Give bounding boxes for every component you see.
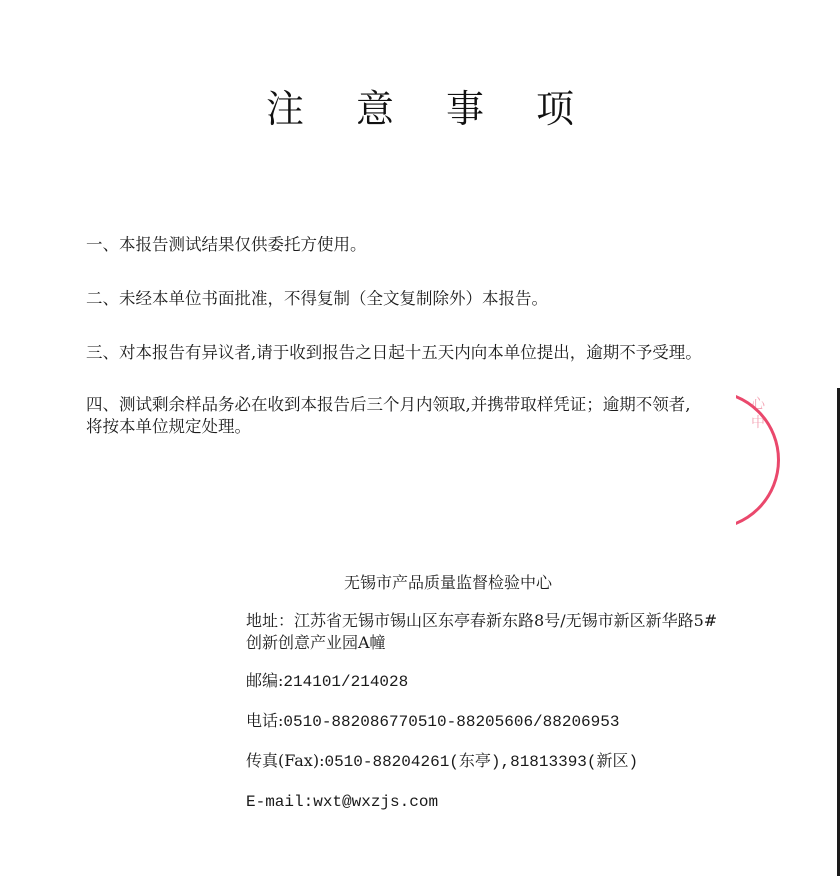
notice-item-2: 二、未经本单位书面批准，不得复制（全文复制除外）本报告。 [86,288,736,310]
fax: 传真(Fax):0510-88204261(东亭),81813393(新区) [246,750,726,773]
fax-label: 传真(Fax): [246,751,324,770]
notice-item-1: 一、本报告测试结果仅供委托方使用。 [86,234,736,256]
notice-text: 对本报告有异议者,请于收到报告之日起十五天内向本单位提出，逾期不予受理。 [119,343,702,362]
stamp-text: 心 中 [738,396,768,428]
email: E-mail:wxt@wxzjs.com [246,791,726,813]
phone-value: 0510-882086770510-88205606/88206953 [283,713,619,731]
notice-text: 本报告测试结果仅供委托方使用。 [119,235,367,254]
address-value: 江苏省无锡市锡山区东亭春新东路8号/无锡市新区新华路5#创新创意产业园A幢 [246,611,717,652]
notice-number: 四、 [86,395,119,414]
organization-name: 无锡市产品质量监督检验中心 [344,570,552,593]
notice-text: 测试剩余样品务必在收到本报告后三个月内领取,并携带取样凭证；逾期不领者, 将按本… [86,395,691,436]
phone-label: 电话: [246,711,283,730]
postcode-label: 邮编: [246,671,283,690]
notice-number: 二、 [86,289,119,308]
page-title: 注意事项 [0,78,840,133]
email-label: E-mail: [246,793,313,811]
phone: 电话:0510-882086770510-88205606/88206953 [246,710,726,733]
notice-item-4: 四、测试剩余样品务必在收到本报告后三个月内领取,并携带取样凭证；逾期不领者, 将… [86,394,736,438]
address-label: 地址： [246,611,294,630]
address: 地址：江苏省无锡市锡山区东亭春新东路8号/无锡市新区新华路5#创新创意产业园A幢 [246,610,726,654]
notice-number: 一、 [86,235,119,254]
postcode: 邮编:214101/214028 [246,670,726,693]
postcode-value: 214101/214028 [283,673,408,691]
fax-value: 0510-88204261(东亭),81813393(新区) [324,753,638,771]
notice-text: 未经本单位书面批准，不得复制（全文复制除外）本报告。 [119,289,548,308]
notice-number: 三、 [86,343,119,362]
email-value: wxt@wxzjs.com [313,793,438,811]
notice-item-3: 三、对本报告有异议者,请于收到报告之日起十五天内向本单位提出，逾期不予受理。 [86,342,736,364]
